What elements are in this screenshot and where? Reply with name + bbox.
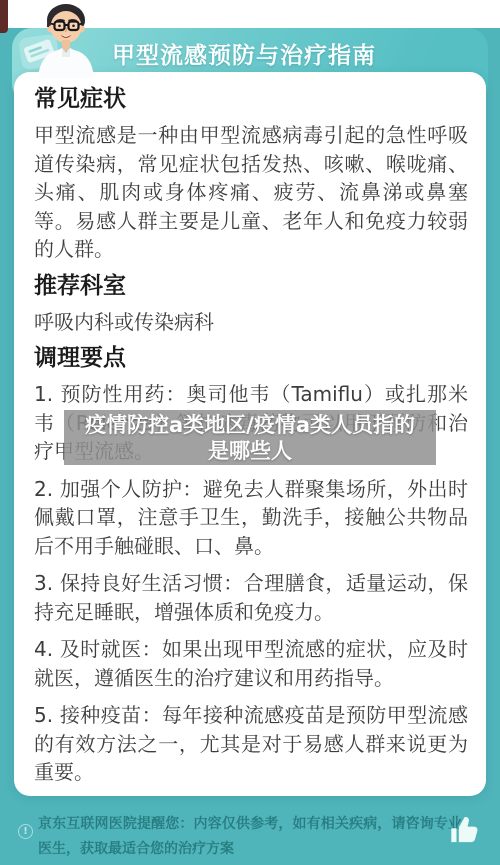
health-guide-screen: 甲型流感预防与治疗指南 常见症状 甲型流感是一种由甲型流感病毒引起的急性呼吸道传… [0, 0, 500, 865]
footer: ! 京东互联网医院提醒您：内容仅供参考，如有相关疾病，请咨询专业医生，获取最适合… [0, 804, 500, 865]
section-heading-care-points: 调理要点 [34, 345, 468, 371]
thumbs-up-icon[interactable] [449, 814, 479, 846]
section-heading-symptoms: 常见症状 [34, 86, 468, 112]
caption-line-2: 是哪些人 [208, 438, 292, 464]
care-point-item: 2. 加强个人防护：避免去人群聚集场所，外出时佩戴口罩，注意手卫生，勤洗手，接触… [34, 475, 468, 561]
page-title: 甲型流感预防与治疗指南 [112, 37, 376, 70]
symptoms-paragraph: 甲型流感是一种由甲型流感病毒引起的急性呼吸道传染病，常见症状包括发热、咳嗽、喉咙… [34, 121, 468, 264]
disclaimer-text: 京东互联网医院提醒您：内容仅供参考，如有相关疾病，请咨询专业医生，获取最适合您的… [38, 812, 462, 862]
info-circle-icon: ! [18, 824, 33, 839]
department-paragraph: 呼吸内科或传染病科 [34, 308, 468, 337]
care-point-item: 4. 及时就医：如果出现甲型流感的症状，应及时就医，遵循医生的治疗建议和用药指导… [34, 635, 468, 692]
caption-overlay: 疫情防控a类地区/疫情a类人员指的 是哪些人 [64, 410, 436, 465]
section-heading-department: 推荐科室 [34, 273, 468, 299]
care-point-item: 5. 接种疫苗：每年接种流感疫苗是预防甲型流感的有效方法之一，尤其是对于易感人群… [34, 701, 468, 787]
top-left-sliver [0, 0, 8, 33]
doctor-avatar [24, 0, 108, 78]
care-point-item: 3. 保持良好生活习惯：合理膳食，适量运动，保持充足睡眠，增强体质和免疫力。 [34, 569, 468, 626]
caption-line-1: 疫情防控a类地区/疫情a类人员指的 [85, 412, 415, 438]
